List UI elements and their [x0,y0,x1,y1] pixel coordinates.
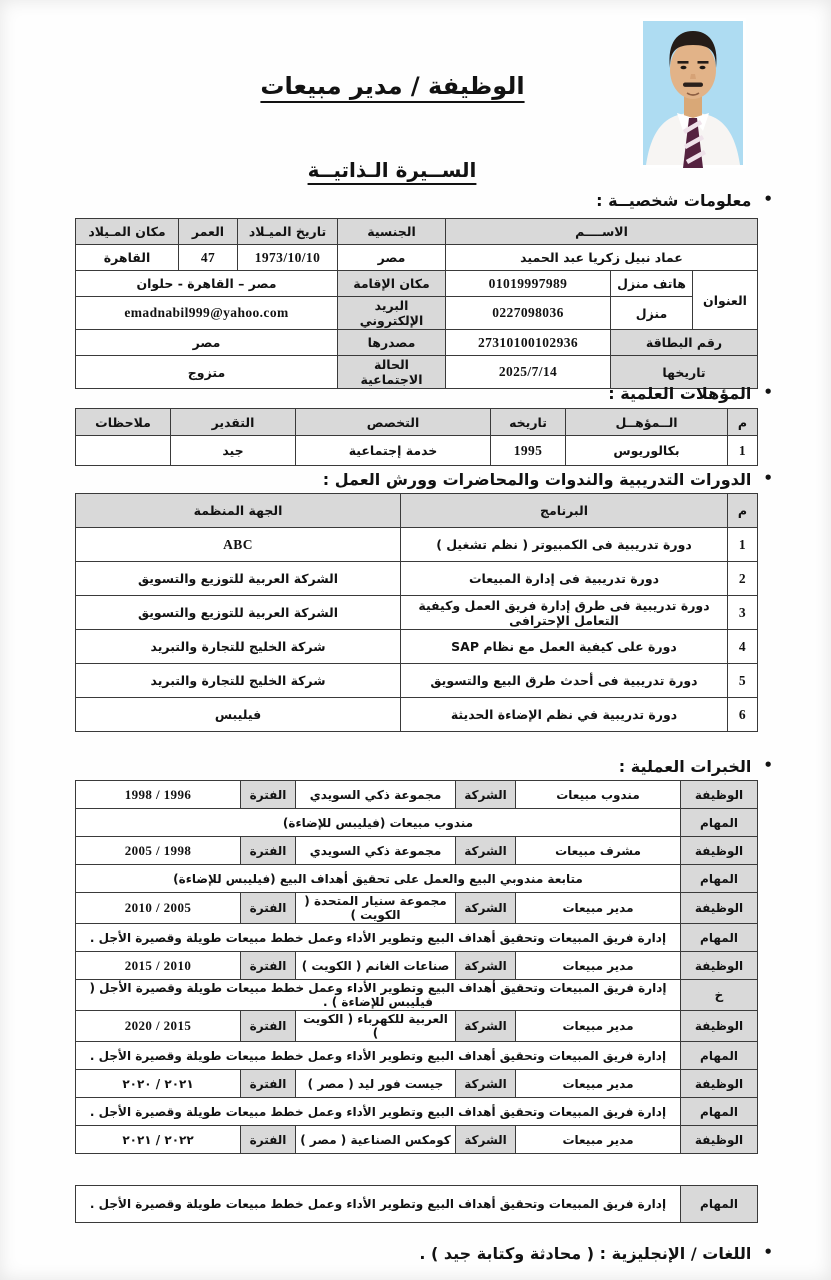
section-qualifications: •المؤهلات العلمية : [608,383,773,403]
bullet-icon: • [763,1243,773,1261]
course-no: 4 [728,630,758,664]
section-personal-info-title: معلومات شخصيــة : [596,191,751,210]
exp-period-label: الفترة [241,952,296,980]
exp-tasks: متابعة مندوبي البيع والعمل على تحقيق أهد… [76,865,681,893]
course-header-organizer: الجهة المنظمة [76,494,401,528]
table-row: رقم البطاقة 27310100102936 مصدرها مصر [76,330,758,356]
exp-job: مدير مبيعات [516,1070,681,1098]
header-name: الاســــم [446,219,758,245]
value-id-number: 27310100102936 [446,330,611,356]
exp-tasks-label: المهام [681,1186,758,1223]
exp-company: صناعات الغانم ( الكويت ) [296,952,456,980]
table-row: العنوان هاتف منزل 01019997989 مكان الإقا… [76,271,758,297]
table-row: 1 دورة تدريبية فى الكمبيوتر ( نظم تشغيل … [76,528,758,562]
experience-row-tasks: المهام إدارة فريق المبيعات وتحقيق أهداف … [76,1098,758,1126]
table-row: م الــمؤهــل تاريخه التخصص التقدير ملاحظ… [76,409,758,436]
experience-footer-tasks-table: المهام إدارة فريق المبيعات وتحقيق أهداف … [75,1185,758,1223]
exp-tasks: إدارة فريق المبيعات وتحقيق أهداف البيع و… [76,1186,681,1223]
section-experience-title: الخبرات العملية : [619,757,752,776]
course-no: 1 [728,528,758,562]
exp-job: مدير مبيعات [516,952,681,980]
table-row: 5 دورة تدريبية فى أحدث طرق البيع والتسوي… [76,664,758,698]
header-birth-place: مكان المـيلاد [76,219,179,245]
course-organizer: الشركة العربية للتوزيع والتسويق [76,596,401,630]
qual-major: خدمة إجتماعية [296,436,491,466]
qual-degree: بكالوريوس [566,436,728,466]
bullet-icon: • [763,469,773,487]
exp-job-label: الوظيفة [681,1011,758,1042]
exp-company-label: الشركة [456,1011,516,1042]
course-program: دورة على كيفية العمل مع نظام SAP [401,630,728,664]
course-program: دورة تدريبية فى أحدث طرق البيع والتسويق [401,664,728,698]
exp-job: مشرف مبيعات [516,837,681,865]
languages-line: •اللغات / الإنجليزية : ( محادثة وكتابة ج… [419,1243,773,1263]
label-address: العنوان [693,271,758,330]
section-courses: •الدورات التدريبية والندوات والمحاضرات و… [323,469,773,489]
label-home: منزل [611,297,693,330]
languages-text: اللغات / الإنجليزية : ( محادثة وكتابة جي… [419,1244,751,1263]
exp-company: جيست فور ليد ( مصر ) [296,1070,456,1098]
value-home: 0227098036 [446,297,611,330]
exp-company: مجموعة سنيار المتحدة ( الكويت ) [296,893,456,924]
course-header-program: البرنامج [401,494,728,528]
experience-row-tasks: المهام إدارة فريق المبيعات وتحقيق أهداف … [76,1186,758,1223]
value-home-phone: 01019997989 [446,271,611,297]
course-organizer: شركة الخليج للتجارة والتبريد [76,630,401,664]
exp-period: 1998 / 1996 [76,781,241,809]
label-home-phone: هاتف منزل [611,271,693,297]
table-row: عماد نبيل زكريا عبد الحميد مصر 1973/10/1… [76,245,758,271]
exp-company-label: الشركة [456,952,516,980]
exp-tasks: إدارة فريق المبيعات وتحقيق أهداف البيع و… [76,980,681,1011]
exp-company-label: الشركة [456,1126,516,1154]
personal-info-table: الاســــم الجنسية تاريخ الميـلاد العمر م… [75,218,758,389]
exp-period: 2020 / 2015 [76,1011,241,1042]
qual-year: 1995 [491,436,566,466]
experience-row-tasks: المهام إدارة فريق المبيعات وتحقيق أهداف … [76,924,758,952]
exp-company: مجموعة ذكي السويدي [296,781,456,809]
header-birth-date: تاريخ الميـلاد [238,219,338,245]
exp-job-label: الوظيفة [681,893,758,924]
exp-job: مندوب مبيعات [516,781,681,809]
exp-company-label: الشركة [456,781,516,809]
qual-grade: جيد [171,436,296,466]
value-marital-status: متزوج [76,356,338,389]
value-birth-place: القاهرة [76,245,179,271]
table-row: 2 دورة تدريبية فى إدارة المبيعات الشركة … [76,562,758,596]
table-row: 3 دورة تدريبية فى طرق إدارة فريق العمل و… [76,596,758,630]
course-header-no: م [728,494,758,528]
course-no: 5 [728,664,758,698]
section-experience: •الخبرات العملية : [619,756,773,776]
applicant-photo [640,18,746,168]
exp-job: مدير مبيعات [516,1011,681,1042]
exp-period-label: الفترة [241,893,296,924]
exp-job-label: الوظيفة [681,1070,758,1098]
experience-row-job: الوظيفة مدير مبيعات الشركة العربية للكهر… [76,1011,758,1042]
experience-row-job: الوظيفة مدير مبيعات الشركة مجموعة سنيار … [76,893,758,924]
course-program: دورة تدريبية في نظم الإضاءة الحديثة [401,698,728,732]
exp-tasks: إدارة فريق المبيعات وتحقيق أهداف البيع و… [76,1042,681,1070]
value-age: 47 [179,245,238,271]
experience-row-tasks: المهام مندوب مبيعات (فيليبس للإضاءة) [76,809,758,837]
exp-tasks-label: المهام [681,1042,758,1070]
value-birth-date: 1973/10/10 [238,245,338,271]
qual-header-degree: الــمؤهــل [566,409,728,436]
qual-notes [76,436,171,466]
exp-tasks-label: المهام [681,1098,758,1126]
exp-tasks-label: المهام [681,865,758,893]
section-qualifications-title: المؤهلات العلمية : [608,384,751,403]
value-name: عماد نبيل زكريا عبد الحميد [446,245,758,271]
label-email: البريد الإلكتروني [338,297,446,330]
course-organizer: الشركة العربية للتوزيع والتسويق [76,562,401,596]
page-title: الوظيفة / مدير مبيعات [230,72,555,100]
exp-period: 2010 / 2005 [76,893,241,924]
exp-company-label: الشركة [456,1070,516,1098]
course-no: 3 [728,596,758,630]
qual-no: 1 [728,436,758,466]
value-residence: مصر – القاهرة - حلوان [76,271,338,297]
exp-job-label: الوظيفة [681,781,758,809]
header-age: العمر [179,219,238,245]
qual-header-grade: التقدير [171,409,296,436]
value-email: emadnabil999@yahoo.com [76,297,338,330]
exp-company-label: الشركة [456,893,516,924]
qualifications-table: م الــمؤهــل تاريخه التخصص التقدير ملاحظ… [75,408,758,466]
course-no: 2 [728,562,758,596]
table-row: 1 بكالوريوس 1995 خدمة إجتماعية جيد [76,436,758,466]
section-courses-title: الدورات التدريبية والندوات والمحاضرات وو… [323,470,752,489]
course-program: دورة تدريبية فى طرق إدارة فريق العمل وكي… [401,596,728,630]
exp-period: ٢٠٢١ / ٢٠٢٠ [76,1070,241,1098]
page-subtitle: الســيرة الـذاتيــة [272,158,512,182]
course-no: 6 [728,698,758,732]
qual-header-major: التخصص [296,409,491,436]
exp-tasks: إدارة فريق المبيعات وتحقيق أهداف البيع و… [76,924,681,952]
exp-period-label: الفترة [241,1011,296,1042]
exp-period-label: الفترة [241,781,296,809]
qual-header-no: م [728,409,758,436]
value-nationality: مصر [338,245,446,271]
experience-row-job: الوظيفة مدير مبيعات الشركة صناعات الغانم… [76,952,758,980]
table-row: م البرنامج الجهة المنظمة [76,494,758,528]
experience-row-tasks: خ إدارة فريق المبيعات وتحقيق أهداف البيع… [76,980,758,1011]
course-program: دورة تدريبية فى الكمبيوتر ( نظم تشغيل ) [401,528,728,562]
exp-company: العربية للكهرباء ( الكويت ) [296,1011,456,1042]
bullet-icon: • [763,190,773,208]
experience-row-job: الوظيفة مشرف مبيعات الشركة مجموعة ذكي ال… [76,837,758,865]
table-row: الاســــم الجنسية تاريخ الميـلاد العمر م… [76,219,758,245]
exp-period: ٢٠٢٢ / ٢٠٢١ [76,1126,241,1154]
exp-period-label: الفترة [241,1126,296,1154]
courses-table: م البرنامج الجهة المنظمة 1 دورة تدريبية … [75,493,758,732]
exp-job: مدير مبيعات [516,893,681,924]
table-row: منزل 0227098036 البريد الإلكتروني emadna… [76,297,758,330]
header-nationality: الجنسية [338,219,446,245]
experience-row-job: الوظيفة مندوب مبيعات الشركة مجموعة ذكي ا… [76,781,758,809]
exp-job-label: الوظيفة [681,837,758,865]
exp-job-label: الوظيفة [681,952,758,980]
qual-header-year: تاريخه [491,409,566,436]
value-id-issuer: مصر [76,330,338,356]
bullet-icon: • [763,383,773,401]
exp-period-label: الفترة [241,837,296,865]
table-row: 6 دورة تدريبية في نظم الإضاءة الحديثة في… [76,698,758,732]
label-residence: مكان الإقامة [338,271,446,297]
label-id-number: رقم البطاقة [611,330,758,356]
applicant-photo-image [640,18,746,168]
exp-tasks: مندوب مبيعات (فيليبس للإضاءة) [76,809,681,837]
exp-company: كومكس الصناعية ( مصر ) [296,1126,456,1154]
qual-header-notes: ملاحظات [76,409,171,436]
table-row: 4 دورة على كيفية العمل مع نظام SAP شركة … [76,630,758,664]
label-id-issuer: مصدرها [338,330,446,356]
experience-row-tasks: المهام متابعة مندوبي البيع والعمل على تح… [76,865,758,893]
label-marital-status: الحالة الاجتماعية [338,356,446,389]
course-organizer: فيليبس [76,698,401,732]
exp-company-label: الشركة [456,837,516,865]
experience-row-tasks: المهام إدارة فريق المبيعات وتحقيق أهداف … [76,1042,758,1070]
exp-tasks-label: خ [681,980,758,1011]
exp-period: 2005 / 1998 [76,837,241,865]
exp-tasks: إدارة فريق المبيعات وتحقيق أهداف البيع و… [76,1098,681,1126]
course-program: دورة تدريبية فى إدارة المبيعات [401,562,728,596]
experience-row-job: الوظيفة مدير مبيعات الشركة كومكس الصناعي… [76,1126,758,1154]
exp-period-label: الفترة [241,1070,296,1098]
exp-period: 2015 / 2010 [76,952,241,980]
exp-job: مدير مبيعات [516,1126,681,1154]
course-organizer: ABC [76,528,401,562]
exp-job-label: الوظيفة [681,1126,758,1154]
section-personal-info: •معلومات شخصيــة : [596,190,773,210]
bullet-icon: • [763,756,773,774]
cv-document-page: الوظيفة / مدير مبيعات الســيرة الـذاتيــ… [0,0,831,1280]
value-id-date: 2025/7/14 [446,356,611,389]
exp-tasks-label: المهام [681,924,758,952]
exp-tasks-label: المهام [681,809,758,837]
exp-company: مجموعة ذكي السويدي [296,837,456,865]
experience-table: الوظيفة مندوب مبيعات الشركة مجموعة ذكي ا… [75,780,758,1154]
course-organizer: شركة الخليج للتجارة والتبريد [76,664,401,698]
experience-row-job: الوظيفة مدير مبيعات الشركة جيست فور ليد … [76,1070,758,1098]
